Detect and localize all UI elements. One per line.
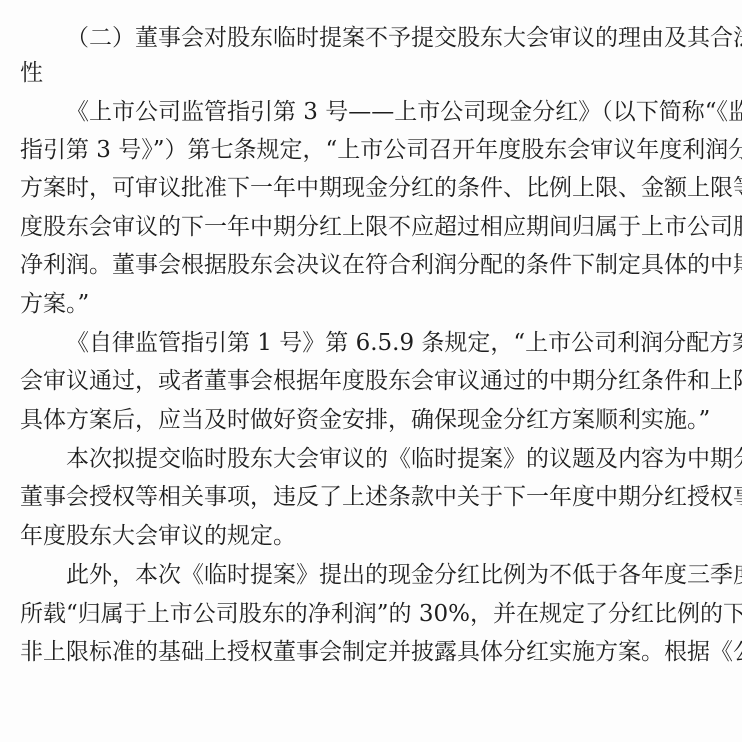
- paragraph-2-line-1: 《自律监管指引第 1 号》第 6.5.9 条规定，“上市公司利润分配方案经股东: [66, 329, 722, 357]
- paragraph-3-line-2: 董事会授权等相关事项，违反了上述条款中关于下一年度中期分红授权事项由: [20, 483, 722, 511]
- section-heading-line-2: 性: [20, 59, 722, 87]
- paragraph-1-line-6: 方案。”: [20, 290, 722, 318]
- paragraph-4-line-2: 所载“归属于上市公司股东的净利润”的 30%，并在规定了分红比例的下限而: [20, 600, 722, 628]
- paragraph-4-line-1: 此外，本次《临时提案》提出的现金分红比例为不低于各年度三季度报告: [66, 561, 722, 589]
- paragraph-1-line-3: 方案时，可审议批准下一年中期现金分红的条件、比例上限、金额上限等。年: [20, 174, 722, 202]
- section-heading-line-1: （二）董事会对股东临时提案不予提交股东大会审议的理由及其合法合规: [66, 24, 722, 52]
- paragraph-3-line-1: 本次拟提交临时股东大会审议的《临时提案》的议题及内容为中期分红及: [66, 445, 722, 473]
- paragraph-1-line-5: 净利润。董事会根据股东会决议在符合利润分配的条件下制定具体的中期分红: [20, 251, 722, 279]
- paragraph-2-line-2: 会审议通过，或者董事会根据年度股东会审议通过的中期分红条件和上限制定: [20, 367, 722, 395]
- document-page: （二）董事会对股东临时提案不予提交股东大会审议的理由及其合法合规 性 《上市公司…: [0, 0, 742, 742]
- paragraph-1-line-2: 指引第 3 号》”）第七条规定，“上市公司召开年度股东会审议年度利润分配: [20, 136, 722, 164]
- paragraph-2-line-3: 具体方案后，应当及时做好资金安排，确保现金分红方案顺利实施。”: [20, 406, 722, 434]
- paragraph-4-line-3: 非上限标准的基础上授权董事会制定并披露具体分红实施方案。根据《公司法》: [20, 638, 722, 666]
- paragraph-3-line-3: 年度股东大会审议的规定。: [20, 522, 722, 550]
- paragraph-1-line-4: 度股东会审议的下一年中期分红上限不应超过相应期间归属于上市公司股东的: [20, 213, 722, 241]
- paragraph-1-line-1: 《上市公司监管指引第 3 号——上市公司现金分红》（以下简称“《监管: [66, 98, 722, 126]
